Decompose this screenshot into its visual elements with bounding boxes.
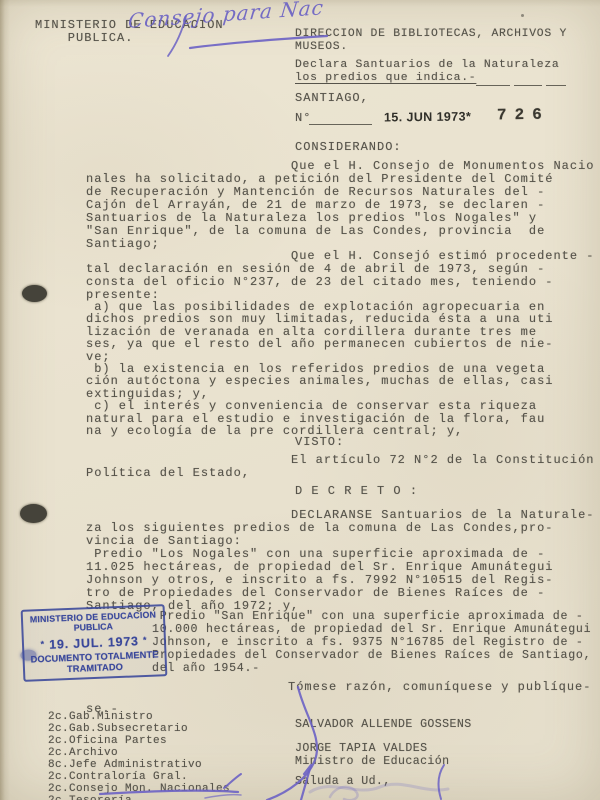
subject-underline	[546, 85, 566, 86]
paragraph-consejo: Que el H. Consejo de Monumentos Nacio na…	[86, 160, 594, 251]
subject-underline	[514, 85, 542, 86]
heading-considerando: CONSIDERANDO:	[295, 141, 402, 154]
paragraph-sesion: Que el H. Consejó estimó procedente - ta…	[86, 250, 594, 302]
date-stamp: 15. JUN 1973*	[384, 110, 471, 125]
stamp-date: 19. JUL. 1973	[49, 634, 139, 652]
paragraph-items: a) que las posibilidades de explotación …	[86, 301, 553, 437]
heading-visto: VISTO:	[295, 436, 344, 449]
subject-underline	[476, 85, 510, 86]
signature-president: SALVADOR ALLENDE GOSSENS	[295, 719, 472, 731]
distribution-list: 2c.Gab.Ministro 2c.Gab.Subsecretario 2c.…	[48, 711, 230, 800]
number-blank-line	[309, 124, 372, 125]
signature-minister: JORGE TAPIA VALDES Ministro de Educación	[295, 743, 450, 768]
department-header: DIRECCION DE BIBLIOTECAS, ARCHIVOS Y MUS…	[295, 28, 567, 53]
subject-line2: los predios que indica.-	[295, 72, 476, 85]
salute-line: Saluda a Ud.,	[295, 776, 391, 788]
paragraph-enrique: Predio "San Enrique" con una superficie …	[152, 610, 591, 675]
hole-punch-bottom	[20, 504, 47, 523]
city-line: SANTIAGO,	[295, 92, 369, 105]
paragraph-visto: El artículo 72 N°2 de la Constitución Po…	[86, 454, 594, 480]
stamp-star-icon: *	[143, 635, 148, 645]
salute-pen-stroke	[439, 765, 444, 799]
faint-signature-loop	[330, 787, 358, 800]
paragraph-declaranse: DECLARANSE Santuarios de la Naturale- za…	[86, 509, 594, 548]
document-page: MINISTERIO DE EDUCACION PUBLICA. Consejo…	[0, 0, 600, 800]
paragraph-nogales: Predio "Los Nogales" con una superficie …	[86, 548, 553, 613]
hole-punch-top	[22, 285, 47, 302]
decree-number: 726	[497, 106, 550, 125]
closing-line1: Tómese razón, comuníquese y publíque-	[288, 681, 591, 694]
stamp-star-icon: *	[40, 639, 45, 649]
paper-speck	[521, 14, 524, 17]
heading-decreto: D E C R E T O :	[295, 485, 418, 498]
subject-line1: Declara Santuarios de la Naturaleza	[295, 59, 559, 72]
tramitado-stamp: MINISTERIO DE EDUCACION PUBLICA * 19. JU…	[21, 604, 168, 682]
